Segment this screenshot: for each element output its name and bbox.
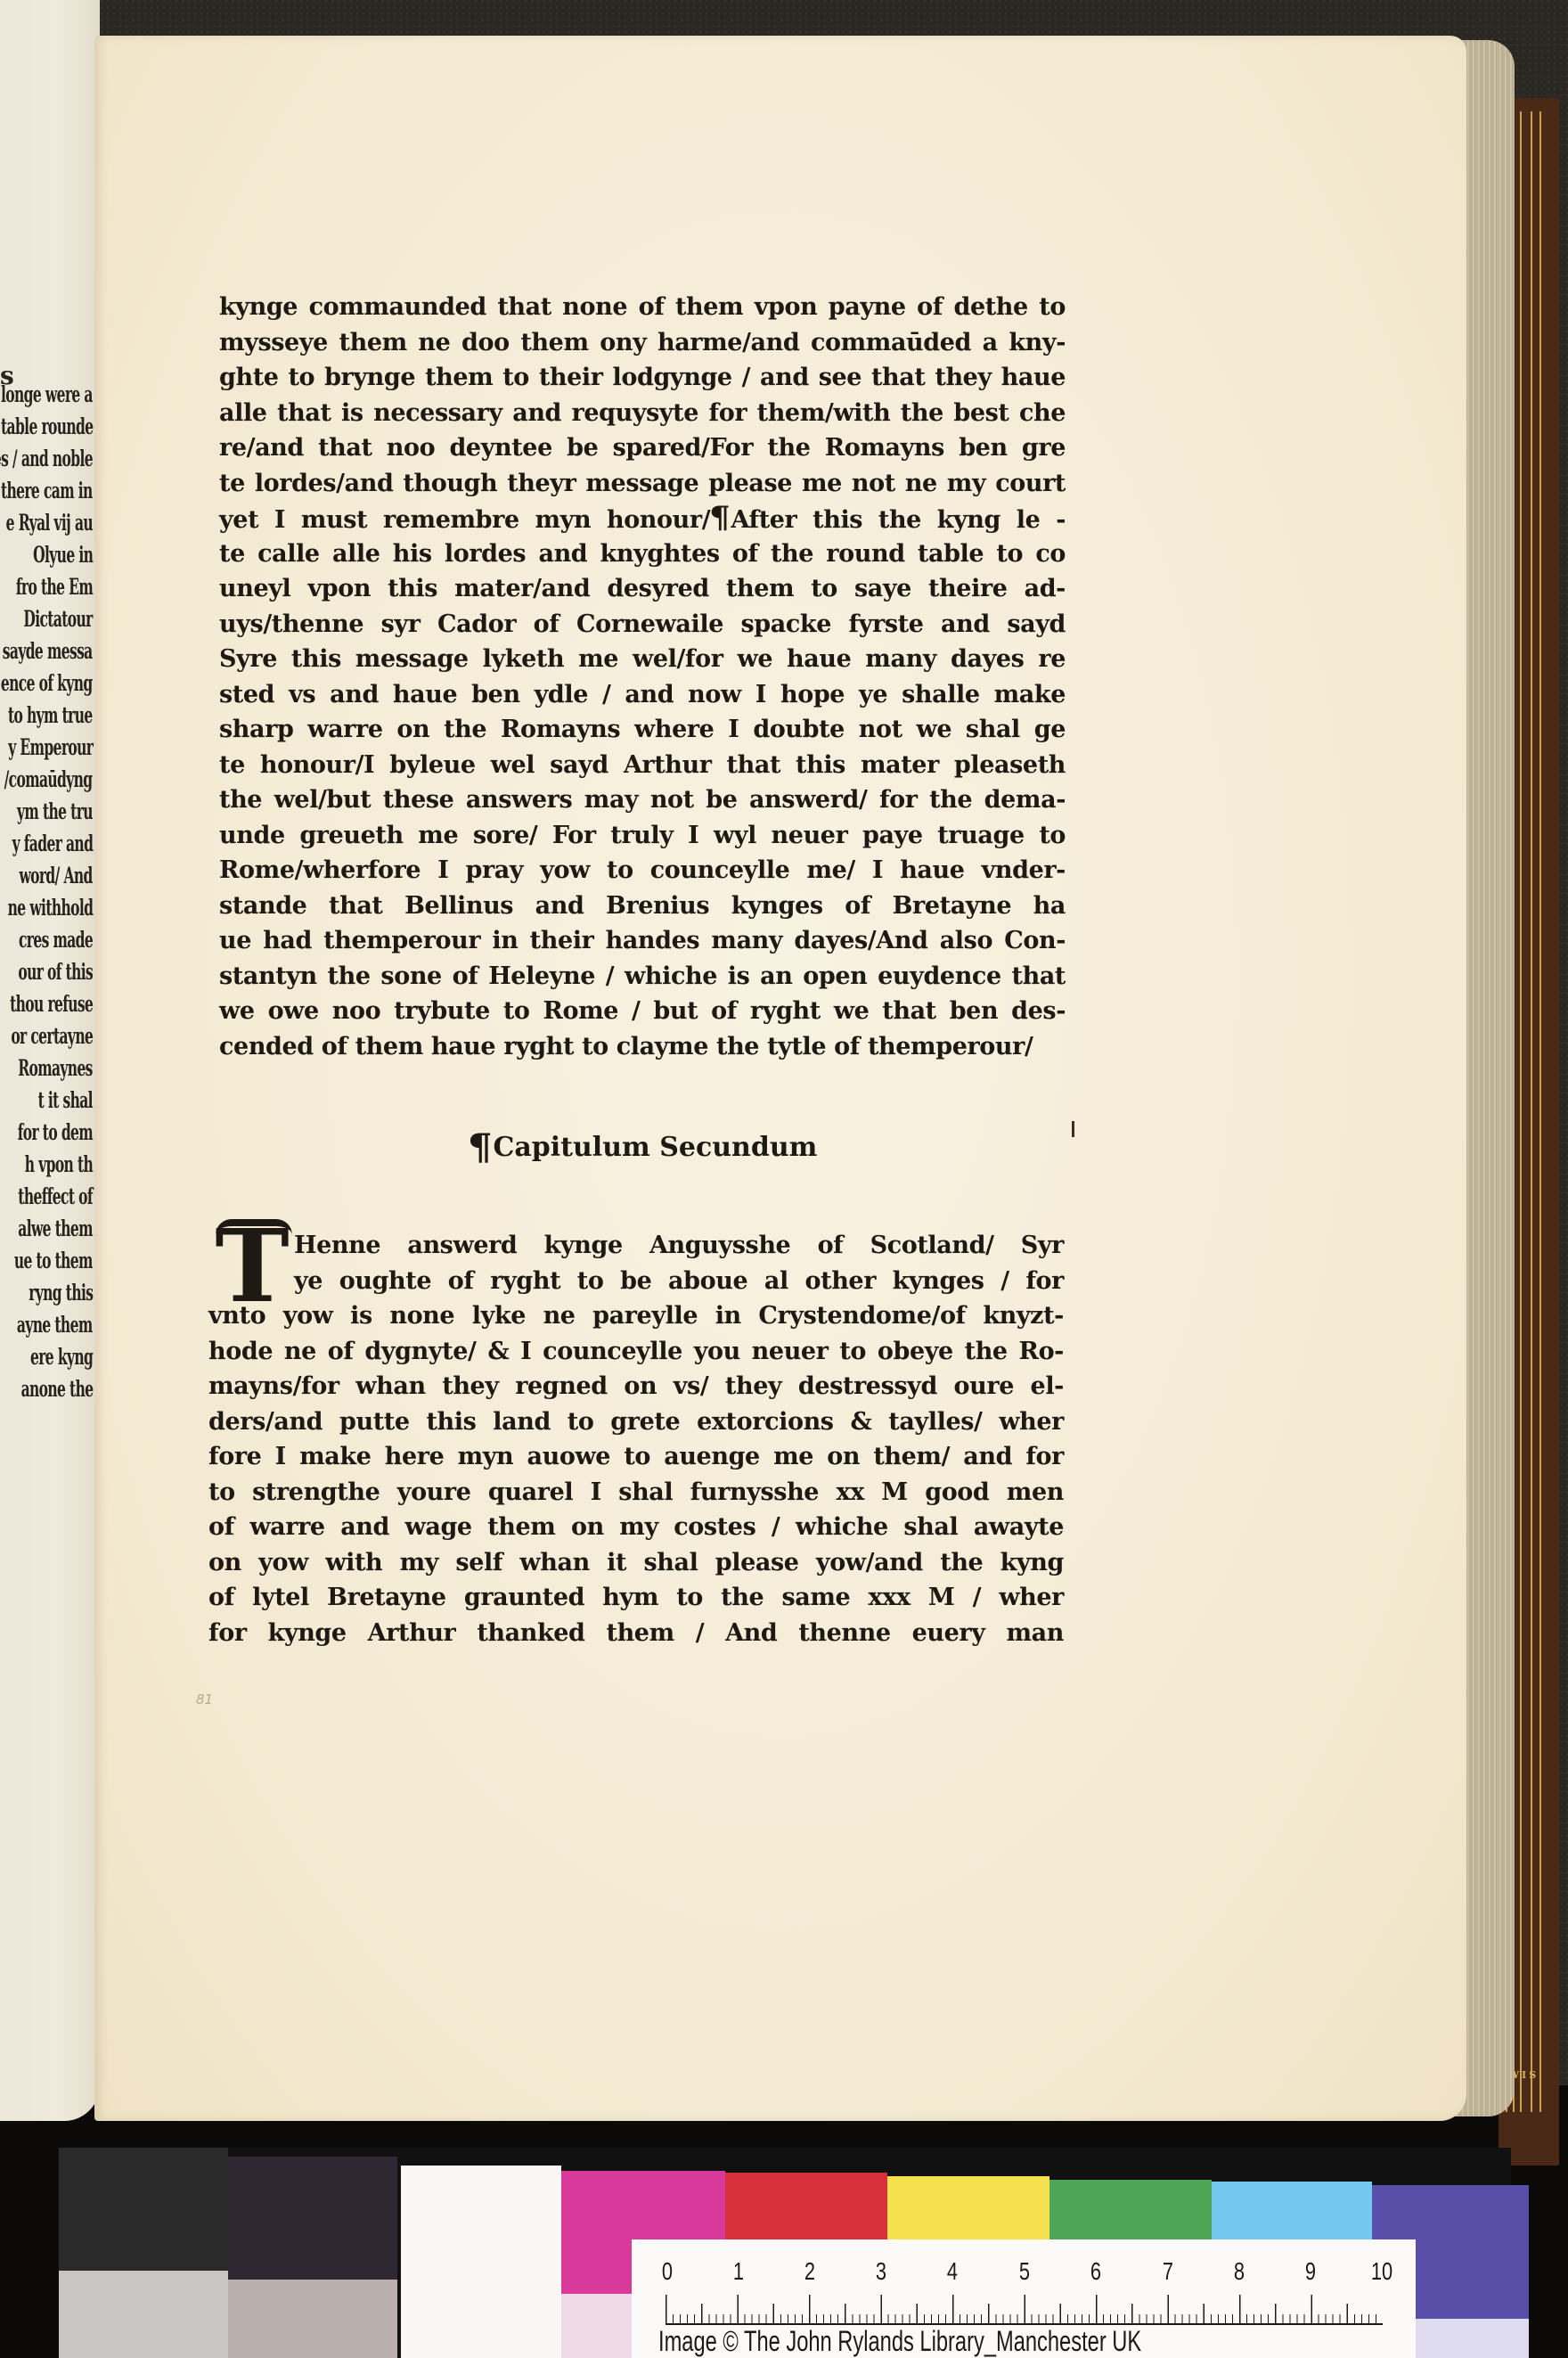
ruler-tick-label: 3 — [876, 2257, 886, 2286]
text-line: on yow with my self whan it shal please … — [208, 1545, 1064, 1581]
margin-tick — [1072, 1121, 1074, 1137]
text-line: ye oughte of ryght to be aboue al other … — [208, 1264, 1064, 1299]
left-page: s longe were a and table rounde res / an… — [0, 0, 100, 2121]
text-block-chapter-end: kynge commaunded that none of them vpon … — [219, 290, 1066, 1064]
ruler-tick-label: 4 — [947, 2257, 958, 2286]
text-line: te calle alle his lordes and knyghtes of… — [219, 536, 1066, 572]
ruler-tick-label: 0 — [662, 2257, 673, 2286]
text-line: stande that Bellinus and Brenius kynges … — [219, 888, 1066, 924]
right-page: kynge commaunded that none of them vpon … — [94, 36, 1466, 2121]
ruler-scale-ticks — [666, 2293, 1383, 2325]
text-line: alle that is necessary and requysyte for… — [219, 396, 1066, 431]
left-line: ayne them — [17, 1312, 93, 1338]
text-line: unde greueth me sore/ For truly I wyl ne… — [219, 818, 1066, 854]
text-line: sharp warre on the Romayns where I doubt… — [219, 712, 1066, 748]
left-line: Dictatour — [24, 606, 93, 632]
text-line: Henne answerd kynge Anguysshe of Scotlan… — [208, 1228, 1064, 1264]
patch-black — [59, 2148, 228, 2271]
patch-light-gray — [59, 2271, 228, 2358]
left-line: our of this — [18, 959, 93, 985]
text-line: ghte to brynge them to their lodgynge / … — [219, 360, 1066, 396]
chapter-title: Capitulum Secundum — [493, 1132, 817, 1163]
text-line: uneyl vpon this mater/and desyred them t… — [219, 571, 1066, 607]
left-line: ryng this — [29, 1280, 93, 1306]
patch-dark-purple-gray — [228, 2157, 397, 2280]
ruler-tick-label: 10 — [1371, 2257, 1392, 2286]
pilcrow-icon: ¶ — [709, 501, 730, 536]
left-line: alwe them — [18, 1216, 93, 1241]
gilt-line — [1531, 111, 1532, 2112]
left-line: there cam in — [1, 478, 93, 504]
ruler-tick-label: 2 — [804, 2257, 815, 2286]
left-line: ym the tru — [17, 798, 93, 824]
left-line: word/ And — [20, 863, 93, 888]
scale-ruler: 0 1 2 3 4 5 6 7 8 9 10 Image © The John … — [632, 2239, 1416, 2358]
text-line: we owe noo trybute to Rome / but of rygh… — [219, 994, 1066, 1029]
left-line: ue to them — [14, 1248, 93, 1273]
ruler-tick-label: 7 — [1163, 2257, 1173, 2286]
left-line: Olyue in — [33, 542, 93, 568]
left-line: to hym true — [8, 702, 93, 728]
text-line: re/and that noo deyntee be spared/For th… — [219, 430, 1066, 466]
text-fragment: yet I must remembre myn honour/ — [219, 506, 710, 534]
left-line: ne withhold — [7, 895, 93, 921]
text-line: cended of them haue ryght to clayme the … — [219, 1029, 1066, 1065]
left-line: y Emperour — [8, 734, 93, 760]
text-line: of warre and wage them on my costes / wh… — [208, 1510, 1064, 1545]
text-line: of lytel Bretayne graunted hym to the sa… — [208, 1580, 1064, 1616]
patch-white — [401, 2166, 561, 2358]
text-line: Rome/wherfore I pray yow to counceylle m… — [219, 853, 1066, 888]
text-line: stantyn the sone of Heleyne / whiche is … — [219, 959, 1066, 995]
ruler-tick-label: 6 — [1090, 2257, 1101, 2286]
gilt-line — [1539, 111, 1541, 2112]
left-page-text: s longe were a and table rounde res / an… — [0, 0, 100, 2121]
text-line: kynge commaunded that none of them vpon … — [219, 290, 1066, 325]
ruler-numbers: 0 1 2 3 4 5 6 7 8 9 10 — [658, 2257, 1380, 2293]
left-line: sayde messa — [3, 638, 93, 664]
text-line: ue had themperour in their handes many d… — [219, 923, 1066, 959]
left-line: ere kyng — [30, 1344, 93, 1370]
left-line: res / and noble — [0, 446, 93, 471]
left-line: or certayne — [11, 1023, 93, 1049]
left-line: y fader and — [12, 831, 93, 856]
text-line: to strengthe youre quarel I shal furnyss… — [208, 1475, 1064, 1511]
left-line: ence of kyng — [1, 670, 93, 696]
text-line-with-pilcrow: yet I must remembre myn honour/¶After th… — [219, 501, 1066, 536]
left-line: t it shal — [38, 1087, 93, 1113]
chapter-heading: ¶Capitulum Secundum — [469, 1126, 817, 1168]
text-line: uys/thenne syr Cador of Cornewaile spack… — [219, 607, 1066, 643]
text-line: hode ne of dygnyte/ & I counceylle you n… — [208, 1334, 1064, 1370]
left-line: e Ryal vij au — [6, 510, 93, 536]
left-line: cres made — [19, 927, 93, 953]
image-credit: Image © The John Rylands Library_Manches… — [658, 2325, 1141, 2358]
text-line: sted vs and haue ben ydle / and now I ho… — [219, 677, 1066, 713]
text-line: te honour/I byleue wel sayd Arthur that … — [219, 748, 1066, 783]
text-line: vnto yow is none lyke ne pareylle in Cry… — [208, 1298, 1064, 1334]
text-line: the wel/but these answers may not be ans… — [219, 782, 1066, 818]
gilt-line — [1520, 111, 1522, 2112]
left-line: for to dem — [18, 1119, 93, 1145]
pilcrow-icon: ¶ — [468, 1126, 493, 1168]
patch-warm-gray — [228, 2280, 397, 2358]
text-fragment: After this the kyng le - — [731, 506, 1066, 534]
text-line: mysseye them ne doo them ony harme/and c… — [219, 325, 1066, 361]
left-line: longe were a — [1, 381, 93, 407]
left-line: theffect of — [18, 1183, 93, 1209]
drop-cap: T — [208, 1219, 296, 1317]
text-line: fore I make here myn auowe to auenge me … — [208, 1439, 1064, 1475]
text-line: Syre this message lyketh me wel/for we h… — [219, 642, 1066, 677]
left-line: and table rounde — [0, 413, 93, 439]
left-line: fro the Em — [16, 574, 93, 600]
ruler-tick-label: 9 — [1305, 2257, 1316, 2286]
left-line: h vpon th — [25, 1151, 93, 1177]
ruler-tick-label: 1 — [733, 2257, 744, 2286]
left-line: Romaynes — [18, 1055, 93, 1081]
pencil-folio-number: 81 — [196, 1691, 213, 1707]
left-line: anone the — [20, 1376, 93, 1402]
ruler-tick-label: 8 — [1234, 2257, 1245, 2286]
ruler-tick-label: 5 — [1019, 2257, 1030, 2286]
text-line: for kynge Arthur thanked them / And then… — [208, 1616, 1064, 1651]
left-line: /comaūdyng — [4, 766, 93, 792]
left-line: thou refuse — [10, 991, 93, 1017]
text-line: mayns/for whan they regned on vs/ they d… — [208, 1369, 1064, 1404]
text-block-chapter-two: T Henne answerd kynge Anguysshe of Scotl… — [208, 1228, 1064, 1650]
text-line: te lordes/and though theyr message pleas… — [219, 466, 1066, 502]
text-line: ders/and putte this land to grete extorc… — [208, 1404, 1064, 1440]
